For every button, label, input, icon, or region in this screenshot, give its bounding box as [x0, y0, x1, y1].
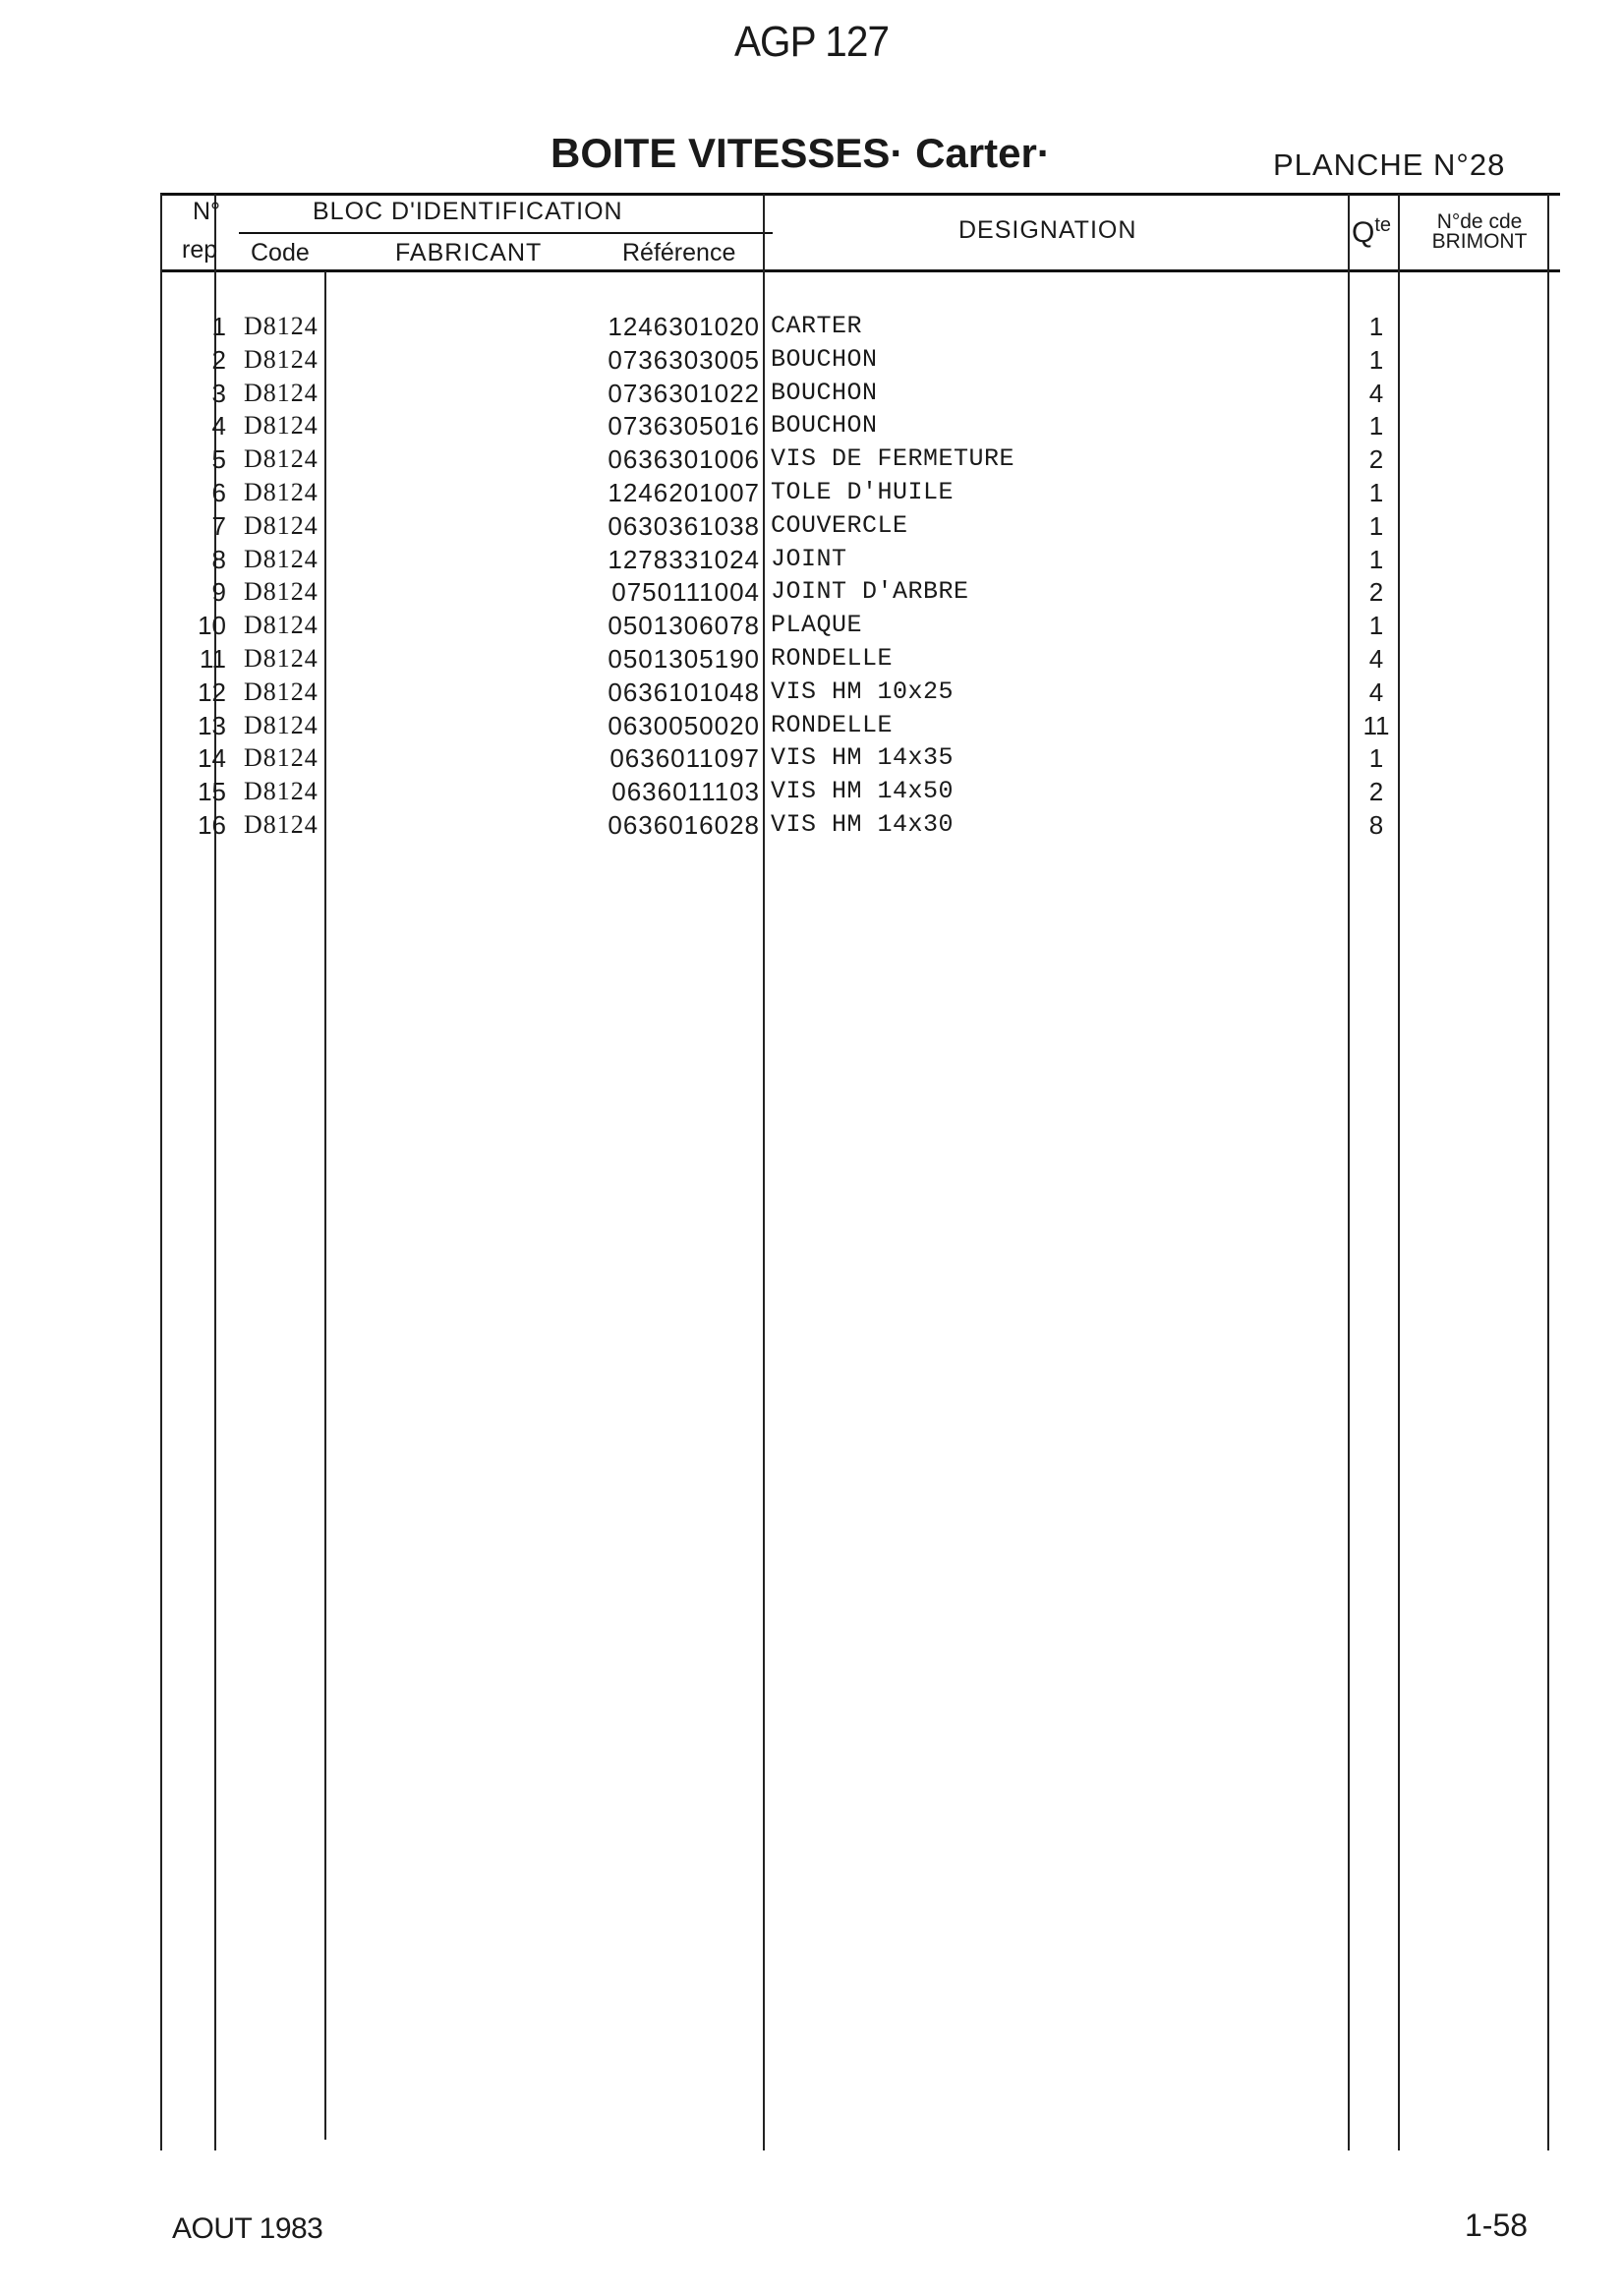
- table-row: 1D81241246301020CARTER1: [0, 310, 1623, 343]
- rep-cell: 4: [157, 409, 226, 442]
- designation-cell: BOUCHON: [771, 343, 878, 377]
- designation-cell: PLAQUE: [771, 609, 862, 642]
- header-no: N°: [193, 198, 220, 226]
- designation-cell: VIS HM 14x30: [771, 808, 954, 842]
- reference-cell: 0630361038: [551, 509, 760, 543]
- code-cell: D8124: [244, 543, 319, 576]
- table-row: 3D81240736301022BOUCHON4: [0, 377, 1623, 410]
- header-code: Code: [251, 239, 310, 267]
- code-cell: D8124: [244, 509, 319, 543]
- qty-cell: 1: [1357, 741, 1396, 775]
- header-qty: Qte: [1352, 214, 1391, 250]
- designation-cell: BOUCHON: [771, 409, 878, 442]
- reference-cell: 0501306078: [551, 609, 760, 642]
- header-qty-label: Qte: [1352, 216, 1391, 249]
- section-title: BOITE VITESSES· Carter·: [551, 130, 1051, 177]
- table-row: 12D81240636101048VIS HM 10x254: [0, 676, 1623, 709]
- reference-cell: 1246201007: [551, 476, 760, 509]
- header-order-no: N°de cde BRIMONT: [1416, 212, 1543, 252]
- header-rep: rep: [182, 236, 217, 265]
- qty-cell: 4: [1357, 377, 1396, 410]
- code-cell: D8124: [244, 377, 319, 410]
- footer-page-number: 1-58: [1465, 2208, 1528, 2244]
- table-row: 13D81240630050020RONDELLE11: [0, 709, 1623, 742]
- rep-cell: 14: [157, 741, 226, 775]
- designation-cell: VIS HM 14x35: [771, 741, 954, 775]
- header-bloc-identification: BLOC D'IDENTIFICATION: [313, 198, 623, 226]
- header-order-line1: N°de cde: [1416, 212, 1543, 232]
- code-cell: D8124: [244, 642, 319, 676]
- table-top-border: [160, 193, 1560, 196]
- qty-cell: 1: [1357, 343, 1396, 377]
- document-id: AGP 127: [65, 18, 1558, 67]
- reference-cell: 1246301020: [551, 310, 760, 343]
- table-row: 15D81240636011103VIS HM 14x502: [0, 775, 1623, 808]
- rep-cell: 10: [157, 609, 226, 642]
- rep-cell: 12: [157, 676, 226, 709]
- reference-cell: 0636016028: [551, 808, 760, 842]
- table-row: 2D81240736303005BOUCHON1: [0, 343, 1623, 377]
- rep-cell: 11: [157, 642, 226, 676]
- reference-cell: 0736305016: [551, 409, 760, 442]
- code-cell: D8124: [244, 575, 319, 609]
- table-row: 16D81240636016028VIS HM 14x308: [0, 808, 1623, 842]
- designation-cell: CARTER: [771, 310, 862, 343]
- rep-cell: 15: [157, 775, 226, 808]
- header-fabricant: FABRICANT: [395, 239, 542, 267]
- table-row: 9D81240750111004JOINT D'ARBRE2: [0, 575, 1623, 609]
- rep-cell: 8: [157, 543, 226, 576]
- reference-cell: 0636011097: [551, 741, 760, 775]
- header-sub-divider: [239, 232, 773, 234]
- code-cell: D8124: [244, 310, 319, 343]
- qty-cell: 2: [1357, 442, 1396, 476]
- header-designation: DESIGNATION: [958, 216, 1136, 245]
- table-row: 8D81241278331024JOINT1: [0, 543, 1623, 576]
- code-cell: D8124: [244, 808, 319, 842]
- plate-number: PLANCHE N°28: [1273, 147, 1505, 183]
- reference-cell: 0736303005: [551, 343, 760, 377]
- designation-cell: TOLE D'HUILE: [771, 476, 954, 509]
- reference-cell: 0636301006: [551, 442, 760, 476]
- rep-cell: 2: [157, 343, 226, 377]
- code-cell: D8124: [244, 775, 319, 808]
- code-cell: D8124: [244, 442, 319, 476]
- designation-cell: JOINT D'ARBRE: [771, 575, 969, 609]
- designation-cell: BOUCHON: [771, 377, 878, 410]
- qty-cell: 2: [1357, 775, 1396, 808]
- qty-cell: 2: [1357, 575, 1396, 609]
- reference-cell: 0501305190: [551, 642, 760, 676]
- table-row: 11D81240501305190RONDELLE4: [0, 642, 1623, 676]
- table-row: 14D81240636011097VIS HM 14x351: [0, 741, 1623, 775]
- reference-cell: 0630050020: [551, 709, 760, 742]
- rep-cell: 5: [157, 442, 226, 476]
- reference-cell: 0636011103: [551, 775, 760, 808]
- code-cell: D8124: [244, 676, 319, 709]
- reference-cell: 0736301022: [551, 377, 760, 410]
- qty-cell: 1: [1357, 310, 1396, 343]
- reference-cell: 0636101048: [551, 676, 760, 709]
- qty-cell: 1: [1357, 409, 1396, 442]
- code-cell: D8124: [244, 709, 319, 742]
- qty-cell: 11: [1357, 709, 1396, 742]
- code-cell: D8124: [244, 409, 319, 442]
- header-order-line2: BRIMONT: [1416, 232, 1543, 252]
- qty-cell: 1: [1357, 509, 1396, 543]
- qty-cell: 1: [1357, 609, 1396, 642]
- rep-cell: 16: [157, 808, 226, 842]
- designation-cell: VIS HM 14x50: [771, 775, 954, 808]
- table-row: 4D81240736305016BOUCHON1: [0, 409, 1623, 442]
- code-cell: D8124: [244, 476, 319, 509]
- designation-cell: RONDELLE: [771, 642, 893, 676]
- designation-cell: VIS HM 10x25: [771, 676, 954, 709]
- code-cell: D8124: [244, 741, 319, 775]
- designation-cell: JOINT: [771, 543, 847, 576]
- table-row: 5D81240636301006VIS DE FERMETURE2: [0, 442, 1623, 476]
- rep-cell: 9: [157, 575, 226, 609]
- table-row: 10D81240501306078PLAQUE1: [0, 609, 1623, 642]
- rep-cell: 3: [157, 377, 226, 410]
- qty-cell: 8: [1357, 808, 1396, 842]
- designation-cell: VIS DE FERMETURE: [771, 442, 1014, 476]
- qty-cell: 1: [1357, 543, 1396, 576]
- qty-cell: 4: [1357, 642, 1396, 676]
- rep-cell: 6: [157, 476, 226, 509]
- rep-cell: 13: [157, 709, 226, 742]
- table-row: 6D81241246201007TOLE D'HUILE1: [0, 476, 1623, 509]
- rep-cell: 7: [157, 509, 226, 543]
- header-bottom-border: [160, 269, 1560, 272]
- designation-cell: COUVERCLE: [771, 509, 908, 543]
- header-reference: Référence: [622, 239, 735, 267]
- qty-cell: 4: [1357, 676, 1396, 709]
- designation-cell: RONDELLE: [771, 709, 893, 742]
- rep-cell: 1: [157, 310, 226, 343]
- reference-cell: 0750111004: [551, 575, 760, 609]
- qty-cell: 1: [1357, 476, 1396, 509]
- footer-date: AOUT 1983: [172, 2212, 322, 2246]
- header-qty-superscript: te: [1374, 214, 1391, 236]
- reference-cell: 1278331024: [551, 543, 760, 576]
- code-cell: D8124: [244, 343, 319, 377]
- table-row: 7D81240630361038COUVERCLE1: [0, 509, 1623, 543]
- code-cell: D8124: [244, 609, 319, 642]
